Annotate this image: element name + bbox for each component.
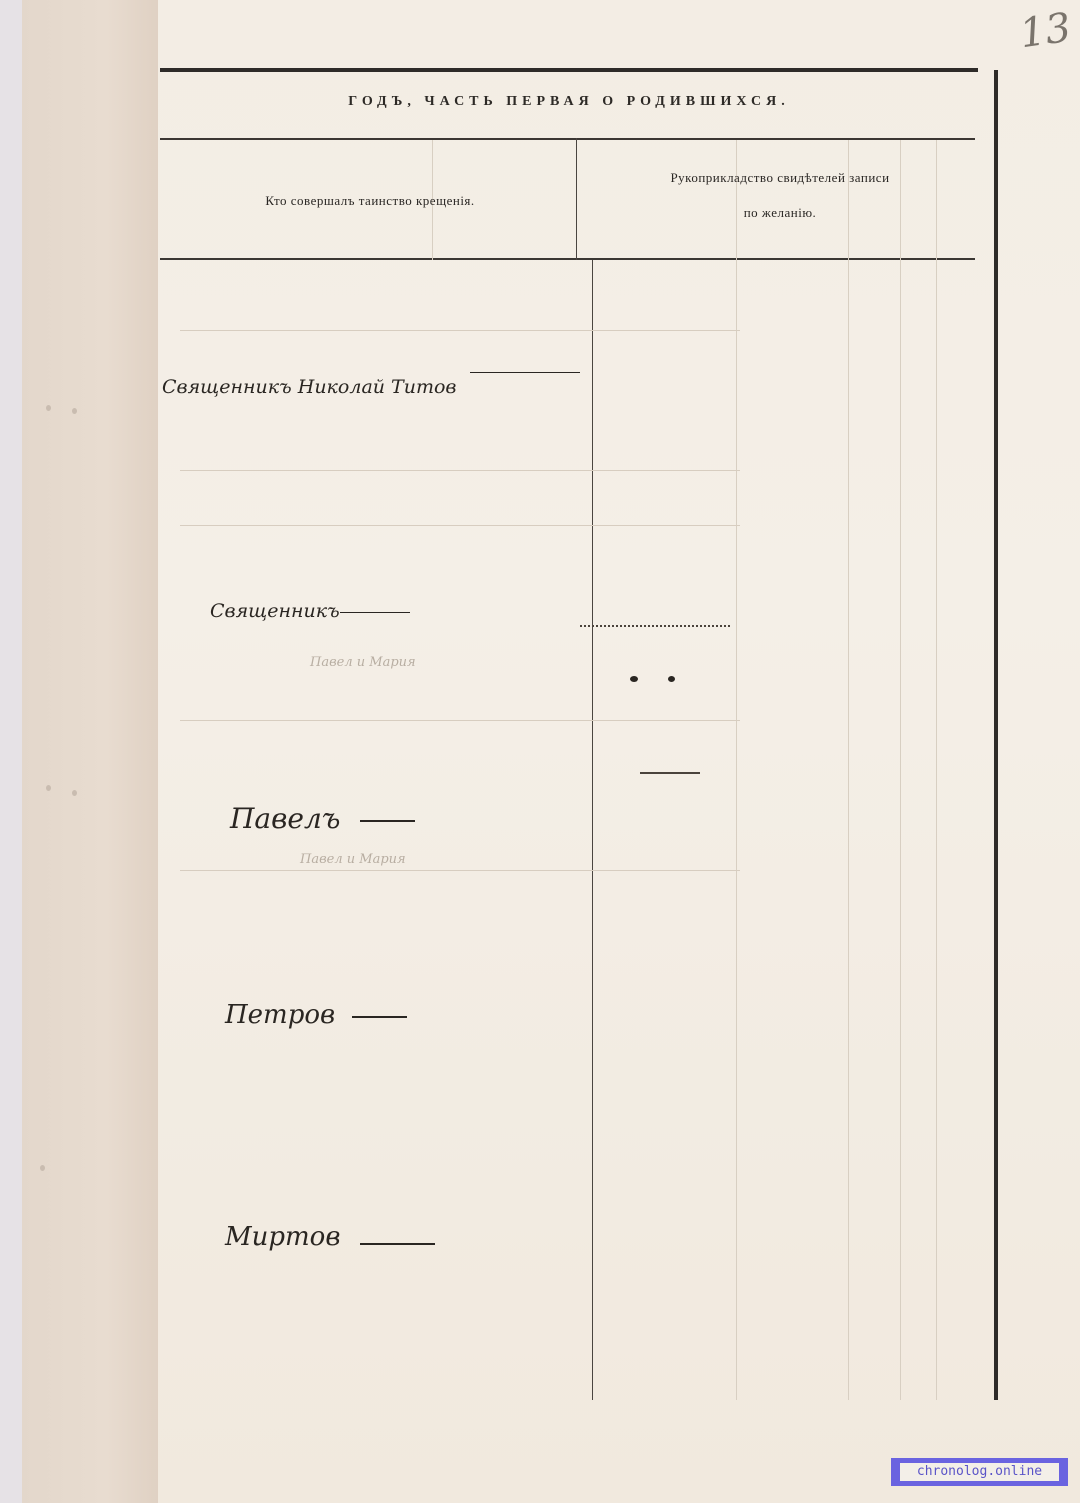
archive-sleeve bbox=[0, 0, 22, 1503]
bleed-through-text: Павел и Мария bbox=[300, 852, 406, 867]
bleed-line bbox=[180, 470, 740, 471]
column-divider-header bbox=[576, 138, 577, 260]
column-header-baptized-by: Кто совершалъ таинство крещенія. bbox=[170, 193, 570, 209]
binding-hole bbox=[40, 1165, 45, 1171]
handwritten-entry: Петров bbox=[225, 1000, 335, 1030]
signature-flourish bbox=[340, 612, 410, 613]
table-right-border bbox=[994, 70, 998, 1400]
page-number: 13 bbox=[1017, 5, 1074, 58]
bleed-line bbox=[180, 330, 740, 331]
bleed-line bbox=[180, 870, 740, 871]
bleed-line bbox=[848, 140, 849, 1400]
bleed-line bbox=[180, 525, 740, 526]
binding-hole bbox=[72, 790, 77, 796]
handwritten-entry: Священникъ bbox=[210, 600, 340, 622]
ink-mark bbox=[580, 625, 730, 627]
binding-hole bbox=[72, 408, 77, 414]
ink-mark bbox=[640, 772, 700, 774]
register-page bbox=[158, 0, 1080, 1503]
ink-mark bbox=[668, 676, 675, 682]
binding-hole bbox=[46, 785, 51, 791]
column-divider-body bbox=[592, 260, 593, 1400]
ink-mark bbox=[630, 676, 638, 682]
signature-flourish bbox=[352, 1016, 407, 1018]
handwritten-entry: Миртов bbox=[225, 1222, 340, 1252]
bleed-through-text: Павел и Мария bbox=[310, 655, 416, 670]
column-header-witness-signatures: Рукоприкладство свидѣтелей записи bbox=[585, 170, 975, 186]
binding-hole bbox=[46, 405, 51, 411]
bleed-line bbox=[900, 140, 901, 1400]
binding-stub bbox=[22, 0, 162, 1503]
header-divider bbox=[160, 138, 975, 140]
watermark-badge: chronolog.online bbox=[891, 1458, 1068, 1486]
handwritten-entry: Священникъ Николай Титов bbox=[162, 376, 456, 398]
table-top-border bbox=[160, 68, 978, 72]
handwritten-entry: Павелъ bbox=[230, 802, 340, 835]
column-header-witness-signatures-line2: по желанію. bbox=[585, 205, 975, 221]
register-title: ГОДЪ, ЧАСТЬ ПЕРВАЯ О РОДИВШИХСЯ. bbox=[160, 94, 978, 110]
signature-flourish bbox=[360, 1243, 435, 1245]
watermark-text: chronolog.online bbox=[900, 1463, 1059, 1481]
bleed-line bbox=[936, 140, 937, 1400]
signature-flourish bbox=[470, 372, 580, 373]
bleed-line bbox=[180, 720, 740, 721]
column-header-bottom-rule bbox=[160, 258, 975, 260]
signature-flourish bbox=[360, 820, 415, 822]
bleed-line bbox=[736, 140, 737, 1400]
